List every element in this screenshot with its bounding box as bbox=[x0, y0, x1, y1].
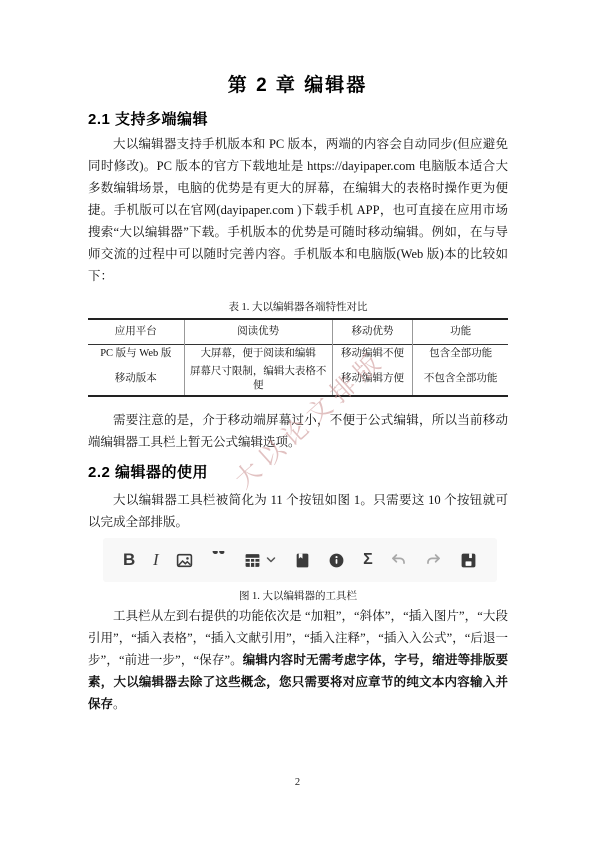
insert-table-button[interactable] bbox=[244, 552, 276, 569]
table-icon bbox=[244, 552, 261, 569]
section-heading-2-2: 2.2 编辑器的使用 bbox=[88, 461, 208, 482]
redo-icon bbox=[425, 552, 442, 569]
comparison-table: 应用平台阅读优势移动优势功能 PC 版与 Web 版大屏幕，便于阅读和编辑移动编… bbox=[88, 318, 508, 397]
table-row: 移动版本屏幕尺寸限制，编辑大表格不便移动编辑方便不包含全部功能 bbox=[88, 363, 508, 396]
table-header-cell: 应用平台 bbox=[88, 319, 184, 345]
table-cell: 不包含全部功能 bbox=[413, 363, 508, 396]
italic-button[interactable]: I bbox=[153, 550, 159, 570]
table-row: PC 版与 Web 版大屏幕，便于阅读和编辑移动编辑不便包含全部功能 bbox=[88, 345, 508, 364]
functions-period: 。 bbox=[113, 697, 126, 711]
insert-formula-button-glyph: Σ bbox=[363, 551, 373, 569]
paragraph-formula-note: 需要注意的是，介于移动端屏幕过小，不便于公式编辑，所以当前移动端编辑器工具栏上暂… bbox=[88, 409, 508, 453]
info-icon bbox=[328, 552, 345, 569]
table-cell: 屏幕尺寸限制，编辑大表格不便 bbox=[184, 363, 332, 396]
save-button[interactable] bbox=[460, 552, 477, 569]
insert-citation-button[interactable] bbox=[294, 552, 311, 569]
figure-caption: 图 1. 大以编辑器的工具栏 bbox=[88, 588, 508, 603]
table-cell: 包含全部功能 bbox=[413, 345, 508, 364]
paragraph-multi-device: 大以编辑器支持手机版本和 PC 版本，两端的内容会自动同步(但应避免同时修改)。… bbox=[88, 133, 508, 287]
table-head: 应用平台阅读优势移动优势功能 bbox=[88, 319, 508, 345]
table-header-cell: 阅读优势 bbox=[184, 319, 332, 345]
table-cell: 移动编辑方便 bbox=[332, 363, 412, 396]
bookmark-note-icon bbox=[294, 552, 311, 569]
save-icon bbox=[460, 552, 477, 569]
bold-button[interactable]: B bbox=[123, 550, 135, 570]
table-caption: 表 1. 大以编辑器各端特性对比 bbox=[88, 299, 508, 314]
paragraph-toolbar-intro: 大以编辑器工具栏被简化为 11 个按钮如图 1。只需要这 10 个按钮就可以完成… bbox=[88, 489, 508, 533]
table-cell: 大屏幕，便于阅读和编辑 bbox=[184, 345, 332, 364]
table-cell: 移动编辑不便 bbox=[332, 345, 412, 364]
blockquote-button-glyph: “ bbox=[211, 551, 226, 569]
section-heading-2-1: 2.1 支持多端编辑 bbox=[88, 108, 208, 129]
insert-image-button[interactable] bbox=[176, 552, 193, 569]
insert-annotation-button[interactable] bbox=[328, 552, 345, 569]
insert-formula-button[interactable]: Σ bbox=[363, 551, 373, 569]
image-icon bbox=[176, 552, 193, 569]
table-header-cell: 移动优势 bbox=[332, 319, 412, 345]
table-cell: PC 版与 Web 版 bbox=[88, 345, 184, 364]
paragraph-functions: 工具栏从左到右提供的功能依次是 “加粗”，“斜体”，“插入图片”，“大段引用”，… bbox=[88, 605, 508, 715]
document-page: 大以论文排版 第 2 章 编辑器 2.1 支持多端编辑 大以编辑器支持手机版本和… bbox=[0, 0, 595, 842]
page-number: 2 bbox=[0, 777, 595, 788]
redo-button[interactable] bbox=[425, 552, 442, 569]
chevron-down-icon bbox=[266, 555, 276, 565]
undo-button[interactable] bbox=[390, 552, 407, 569]
chapter-title: 第 2 章 编辑器 bbox=[0, 70, 595, 97]
bold-button-glyph: B bbox=[123, 550, 135, 570]
table-header-cell: 功能 bbox=[413, 319, 508, 345]
blockquote-button[interactable]: “ bbox=[211, 551, 226, 569]
italic-button-glyph: I bbox=[153, 550, 159, 570]
editor-toolbar: BI“Σ bbox=[103, 538, 497, 582]
undo-icon bbox=[390, 552, 407, 569]
table-cell: 移动版本 bbox=[88, 363, 184, 396]
